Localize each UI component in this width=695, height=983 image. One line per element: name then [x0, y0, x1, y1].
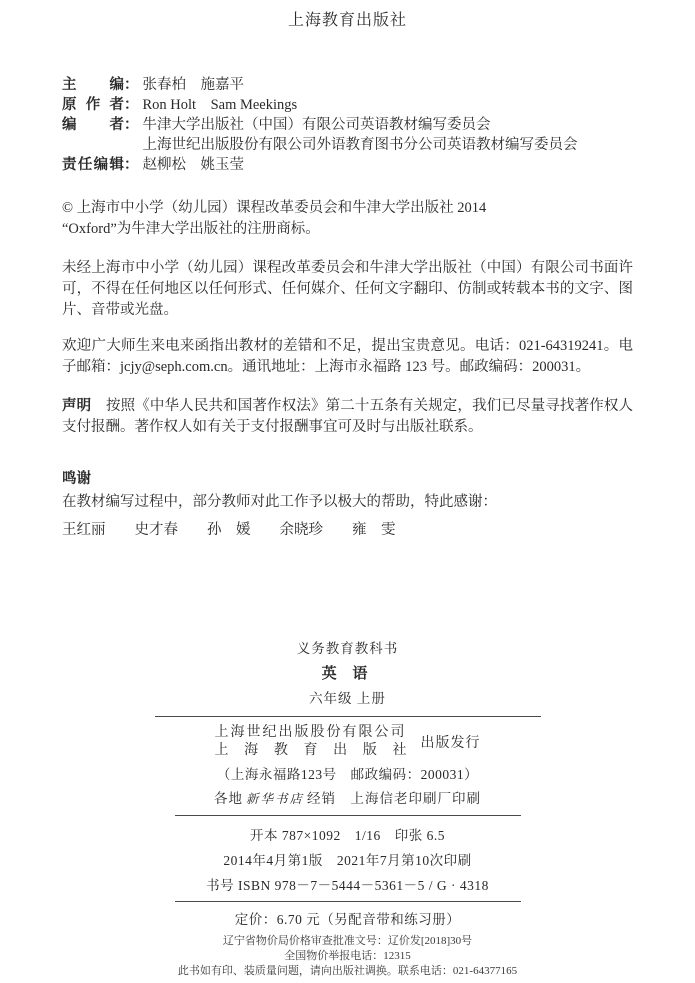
- distribution-prefix: 各地: [214, 791, 243, 806]
- credit-row-editors-line2: 编者：上海世纪出版股份有限公司外语教育图书分公司英语教材编写委员会: [62, 135, 633, 155]
- contact-paragraph: 欢迎广大师生来电来函指出教材的差错和不足，提出宝贵意见。电话：021-64319…: [62, 336, 633, 378]
- credit-row-editors: 编者：牛津大学出版社（中国）有限公司英语教材编写委员会: [62, 115, 633, 135]
- credit-separator: ：: [124, 155, 139, 175]
- acknowledgement-text: 在教材编写过程中，部分教师对此工作予以极大的帮助，特此感谢：: [62, 492, 633, 513]
- quality-notice: 此书如有印、装质量问题，请向出版社调换。联系电话：021-64377165: [0, 964, 695, 979]
- format-line: 开本 787×1092 1/16 印张 6.5: [0, 824, 695, 844]
- credit-row-original-authors: 原作者：Ron Holt Sam Meekings: [62, 95, 633, 115]
- rights-notice: 未经上海市中小学（幼儿园）课程改革委员会和牛津大学出版社（中国）有限公司书面许可…: [62, 258, 633, 321]
- book-title: 英 语: [0, 662, 695, 683]
- acknowledged-name: 余晓珍: [280, 520, 324, 541]
- divider-rule: [175, 815, 521, 816]
- colophon-block: 义务教育教科书 英 语 六年级 上册 上海世纪出版股份有限公司 上海教育出版社 …: [0, 637, 695, 979]
- credit-separator: ：: [124, 95, 139, 115]
- price-hotline: 全国物价举报电话：12315: [0, 949, 695, 964]
- statement-paragraph: 声明 按照《中华人民共和国著作权法》第二十五条有关规定，我们已尽量寻找著作权人支…: [62, 396, 633, 438]
- colophon-page: 上海教育出版社 主编：张春柏 施嘉平 原作者：Ron Holt Sam Meek…: [0, 0, 695, 983]
- acknowledgement-names: 王红丽 史才春 孙 媛 余晓珍 雍 雯: [62, 520, 633, 541]
- credit-label: 编者: [62, 115, 124, 135]
- acknowledgement-title: 鸣谢: [62, 469, 633, 490]
- acknowledged-name: 孙 媛: [207, 520, 251, 541]
- credit-separator: ：: [124, 115, 139, 135]
- credit-value: 张春柏 施嘉平: [139, 75, 634, 95]
- statement-text: 按照《中华人民共和国著作权法》第二十五条有关规定，我们已尽量寻找著作权人支付报酬…: [62, 398, 633, 435]
- trademark-line: “Oxford”为牛津大学出版社的注册商标。: [62, 219, 633, 240]
- credit-value: 牛津大学出版社（中国）有限公司英语教材编写委员会: [139, 115, 634, 135]
- credit-row-responsible-editor: 责任编辑：赵柳松 姚玉莹: [62, 155, 633, 175]
- credits-block: 主编：张春柏 施嘉平 原作者：Ron Holt Sam Meekings 编者：…: [62, 75, 633, 175]
- distribution-mid: 经销: [307, 791, 336, 806]
- price-notes: 辽宁省物价局价格审查批准文号：辽价发[2018]30号 全国物价举报电话：123…: [0, 934, 695, 979]
- acknowledged-name: 史才春: [135, 520, 179, 541]
- printer-name: 上海信老印刷厂印刷: [351, 791, 482, 806]
- acknowledged-name: 王红丽: [62, 520, 106, 541]
- publisher-unit: 上海世纪出版股份有限公司 上海教育出版社 出版发行: [0, 724, 695, 760]
- copyright-block: © 上海市中小学（幼儿园）课程改革委员会和牛津大学出版社 2014 “Oxfor…: [62, 198, 633, 240]
- credit-label: 主编: [62, 75, 124, 95]
- series-title: 义务教育教科书: [0, 637, 695, 657]
- divider-rule: [155, 716, 541, 717]
- acknowledgement-block: 鸣谢 在教材编写过程中，部分教师对此工作予以极大的帮助，特此感谢： 王红丽 史才…: [62, 469, 633, 540]
- page-title: 上海教育出版社: [0, 7, 695, 30]
- publish-distribute-label: 出版发行: [421, 732, 481, 752]
- publisher-name: 上海教育出版社: [215, 742, 407, 760]
- publisher-group-name: 上海世纪出版股份有限公司: [215, 724, 407, 742]
- publisher-address: （上海永福路123号 邮政编码：200031）: [0, 763, 695, 783]
- price-line: 定价：6.70 元（另配音带和练习册）: [0, 908, 695, 928]
- credit-value: Ron Holt Sam Meekings: [139, 95, 634, 115]
- statement-label: 声明: [62, 398, 91, 414]
- isbn-line: 书号 ISBN 978－7－5444－5361－5 / G · 4318: [0, 874, 695, 894]
- divider-rule: [175, 901, 521, 902]
- edition-line: 2014年4月第1版 2021年7月第10次印刷: [0, 849, 695, 869]
- grade-volume: 六年级 上册: [0, 687, 695, 707]
- credit-separator: ：: [124, 75, 139, 95]
- credit-row-chief-editor: 主编：张春柏 施嘉平: [62, 75, 633, 95]
- credit-value: 赵柳松 姚玉莹: [139, 155, 634, 175]
- xinhua-bookstore-script: 新华书店: [243, 792, 307, 806]
- price-approval: 辽宁省物价局价格审查批准文号：辽价发[2018]30号: [0, 934, 695, 949]
- credit-label: 责任编辑: [62, 155, 124, 175]
- copyright-line: © 上海市中小学（幼儿园）课程改革委员会和牛津大学出版社 2014: [62, 198, 633, 219]
- credit-label: 原作者: [62, 95, 124, 115]
- distribution-line: 各地新华书店经销 上海信老印刷厂印刷: [0, 787, 695, 807]
- acknowledged-name: 雍 雯: [352, 520, 396, 541]
- credit-value: 上海世纪出版股份有限公司外语教育图书分公司英语教材编写委员会: [139, 135, 634, 155]
